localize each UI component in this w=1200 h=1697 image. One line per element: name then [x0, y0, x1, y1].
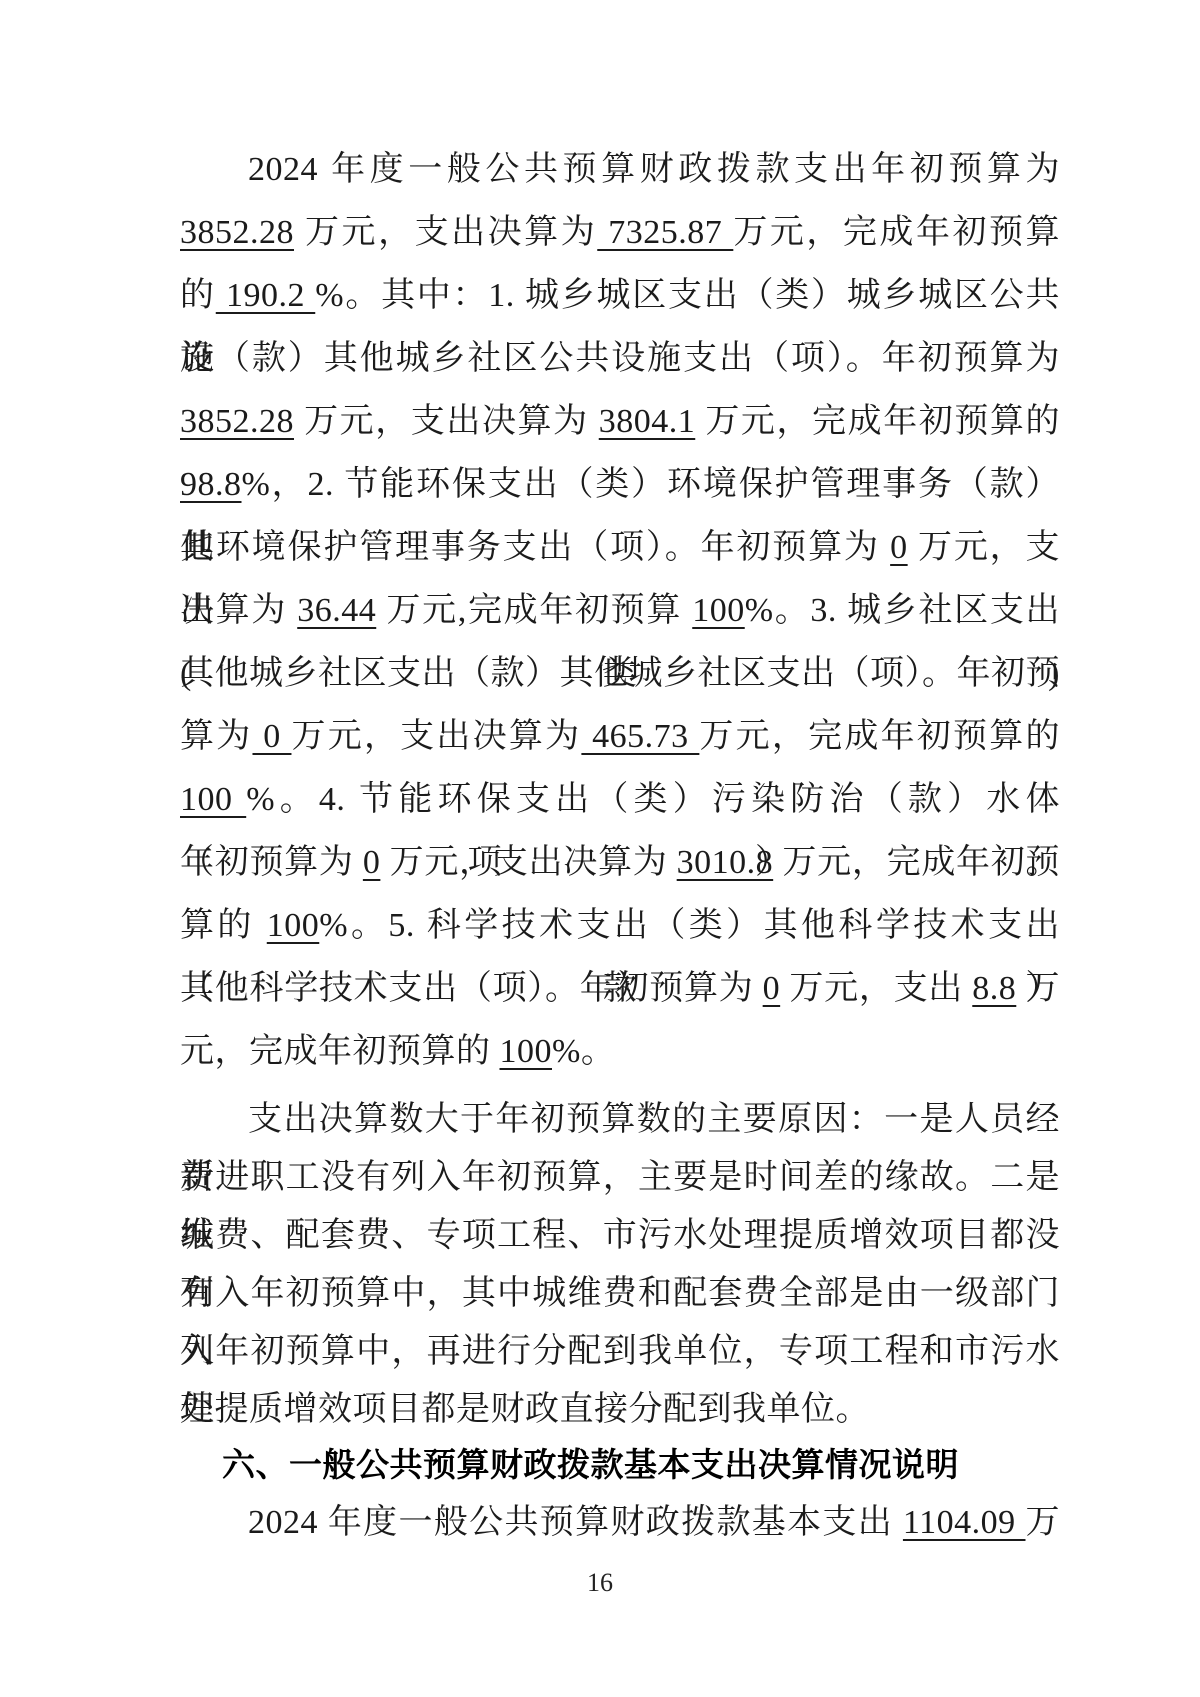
paragraph-basic-expenditure: 2024 年度一般公共预算财政拨款基本支出 1104.09 万	[180, 1494, 1060, 1552]
underlined-value: 1104.09	[903, 1504, 1026, 1541]
text-segment: 2024 年度一般公共预算财政拨款支出年初预算为	[248, 151, 1060, 188]
text-line: 施（款）其他城乡社区公共设施支出（项）。年初预算为	[180, 327, 1060, 390]
text-line: 维费、配套费、专项工程、市污水处理提质增效项目都没有	[180, 1207, 1060, 1265]
text-line: 98.8%，2. 节能环保支出（类）环境保护管理事务（款）其	[180, 453, 1060, 516]
text-segment: 算为	[180, 718, 252, 755]
text-segment: 万元，完成年初预算的	[699, 718, 1060, 755]
text-line: 其他城乡社区支出（款）其他城乡社区支出（项）。年初预	[180, 642, 1060, 705]
text-line: 算为 0 万元，支出决算为 465.73 万元，完成年初预算的	[180, 705, 1060, 768]
text-segment: 2024 年度一般公共预算财政拨款基本支出	[248, 1504, 903, 1541]
text-segment: 理提质增效项目都是财政直接分配到我单位。	[180, 1391, 870, 1428]
underlined-value: 36.44	[297, 592, 376, 629]
underlined-value: 8.8	[972, 970, 1016, 1007]
underlined-value: 100	[500, 1033, 553, 1070]
underlined-value: 100	[692, 592, 745, 629]
text-segment: 万	[1026, 1504, 1061, 1541]
text-segment: 万元，支出	[780, 970, 972, 1007]
underlined-value: 0	[890, 529, 908, 566]
text-segment: 万元，支出决算为	[291, 718, 581, 755]
text-line: 新进职工没有列入年初预算，主要是时间差的缘故。二是城	[180, 1149, 1060, 1207]
text-line: 入年初预算中，再进行分配到我单位，专项工程和市污水处	[180, 1323, 1060, 1381]
text-line: 其他科学技术支出（项）。年初预算为 0 万元，支出 8.8 万	[180, 957, 1060, 1020]
underlined-value: 190.2	[216, 277, 316, 314]
text-segment: 万元，完成年初预算的	[695, 403, 1060, 440]
text-segment: 年初预算为	[180, 844, 363, 881]
paragraph-expenditure-breakdown: 2024 年度一般公共预算财政拨款支出年初预算为3852.28 万元，支出决算为…	[180, 138, 1060, 1083]
section-heading: 六、一般公共预算财政拨款基本支出决算情况说明	[222, 1442, 1060, 1488]
text-line: 理提质增效项目都是财政直接分配到我单位。	[180, 1381, 1060, 1439]
text-line: 100 %。4. 节能环保支出（类）污染防治（款）水体（项）。	[180, 768, 1060, 831]
underlined-value: 100	[180, 781, 246, 818]
underlined-value: 7325.87	[597, 214, 733, 251]
underlined-value: 3010.8	[677, 844, 774, 881]
underlined-value: 465.73	[581, 718, 699, 755]
text-segment: 万元,完成年初预算	[376, 592, 692, 629]
text-line: 3852.28 万元，支出决算为 7325.87 万元，完成年初预算	[180, 201, 1060, 264]
underlined-value: 100	[267, 907, 320, 944]
text-segment: %。	[552, 1033, 615, 1070]
text-segment: 的	[180, 277, 216, 314]
document-page: 2024 年度一般公共预算财政拨款支出年初预算为3852.28 万元，支出决算为…	[0, 0, 1200, 1697]
document-body: 2024 年度一般公共预算财政拨款支出年初预算为3852.28 万元，支出决算为…	[180, 138, 1060, 1552]
text-segment: 施（款）其他城乡社区公共设施支出（项）。年初预算为	[180, 340, 1060, 377]
text-line: 的 190.2 %。其中：1. 城乡城区支出（类）城乡城区公共设	[180, 264, 1060, 327]
text-segment: 万元，支出决算为	[294, 403, 599, 440]
text-line: 支出决算数大于年初预算数的主要原因：一是人员经费	[180, 1091, 1060, 1149]
text-line: 算的 100%。5. 科学技术支出（类）其他科学技术支出（款）	[180, 894, 1060, 957]
text-line: 2024 年度一般公共预算财政拨款基本支出 1104.09 万	[180, 1494, 1060, 1552]
underlined-value: 0	[763, 970, 781, 1007]
page-number: 16	[0, 1568, 1200, 1598]
text-line: 3852.28 万元，支出决算为 3804.1 万元，完成年初预算的	[180, 390, 1060, 453]
text-segment: 万元，支出决算为	[294, 214, 597, 251]
text-segment: 万	[1016, 970, 1060, 1007]
paragraph-overrun-reasons: 支出决算数大于年初预算数的主要原因：一是人员经费新进职工没有列入年初预算，主要是…	[180, 1091, 1060, 1439]
text-line: 列入年初预算中，其中城维费和配套费全部是由一级部门列	[180, 1265, 1060, 1323]
text-segment: 其他科学技术支出（项）。年初预算为	[180, 970, 763, 1007]
text-segment: 其他城乡社区支出（款）其他城乡社区支出（项）。年初预	[180, 655, 1060, 692]
underlined-value: 0	[363, 844, 381, 881]
underlined-value: 3852.28	[180, 214, 294, 251]
text-segment: 他环境保护管理事务支出（项）。年初预算为	[180, 529, 890, 566]
text-line: 元，完成年初预算的 100%。	[180, 1020, 1060, 1083]
text-segment: 决算为	[180, 592, 297, 629]
underlined-value: 3852.28	[180, 403, 294, 440]
text-line: 2024 年度一般公共预算财政拨款支出年初预算为	[180, 138, 1060, 201]
underlined-value: 98.8	[180, 466, 242, 503]
text-segment: 万元，完成年初预算	[733, 214, 1060, 251]
text-line: 决算为 36.44 万元,完成年初预算 100%。3. 城乡社区支出(类)	[180, 579, 1060, 642]
text-segment: 万元，支出决算为	[380, 844, 676, 881]
underlined-value: 0	[252, 718, 291, 755]
text-segment: 万元，完成年初预	[773, 844, 1060, 881]
underlined-value: 3804.1	[599, 403, 696, 440]
text-line: 他环境保护管理事务支出（项）。年初预算为 0 万元，支出	[180, 516, 1060, 579]
text-segment: 算的	[180, 907, 267, 944]
text-segment: 元，完成年初预算的	[180, 1033, 500, 1070]
text-line: 年初预算为 0 万元，支出决算为 3010.8 万元，完成年初预	[180, 831, 1060, 894]
